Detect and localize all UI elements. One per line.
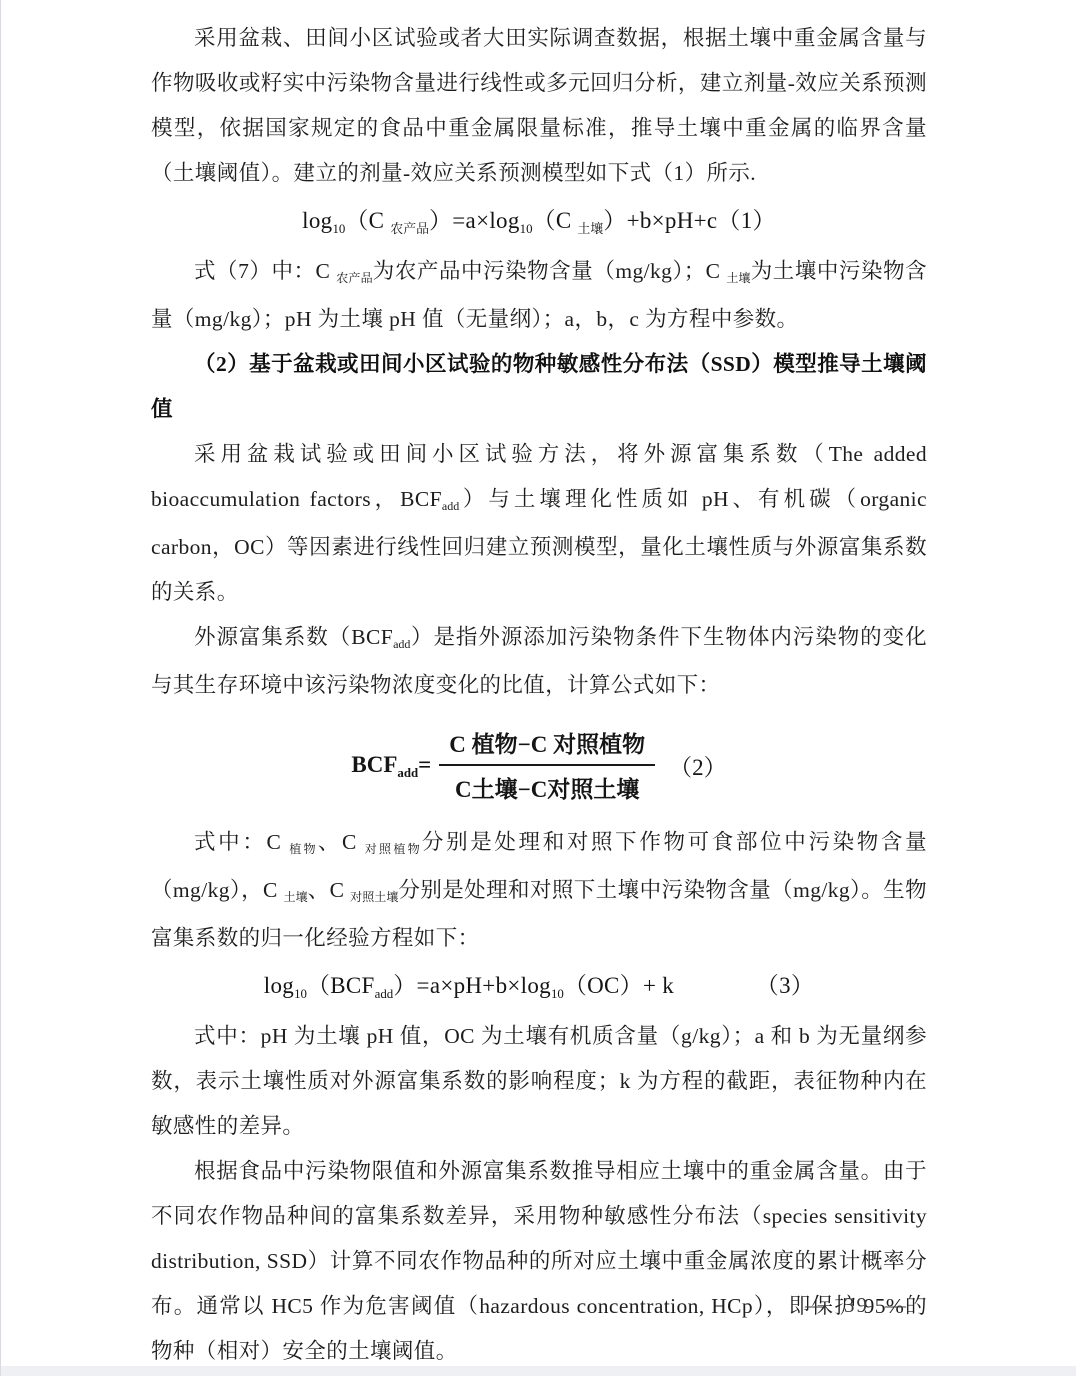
paragraph-bcf-regression: 采用盆栽试验或田间小区试验方法，将外源富集系数（The added bioacc… (151, 432, 927, 615)
document-page: 采用盆栽、田间小区试验或者大田实际调查数据，根据土壤中重金属含量与作物吸收或籽实… (0, 0, 1076, 1376)
formula-2-numerator: C 植物−C 对照植物 (439, 724, 655, 766)
formula-1-dose-effect: log10（C 农产品）=a×log10（C 土壤）+b×pH+c（1） (151, 196, 927, 249)
paragraph-dose-effect-intro: 采用盆栽、田间小区试验或者大田实际调查数据，根据土壤中重金属含量与作物吸收或籽实… (151, 16, 927, 196)
formula-2-number: （2） (669, 749, 727, 782)
paragraph-bcf-definition: 外源富集系数（BCFadd）是指外源添加污染物条件下生物体内污染物的变化与其生存… (151, 615, 927, 708)
paragraph-formula2-terms: 式中：C 植物、C 对照植物分别是处理和对照下作物可食部位中污染物含量（mg/k… (151, 820, 927, 961)
paragraph-formula3-terms: 式中：pH 为土壤 pH 值，OC 为土壤有机质含量（g/kg）；a 和 b 为… (151, 1014, 927, 1149)
footer-dash-right: — (885, 1293, 908, 1318)
formula-3-normalized: log10（BCFadd）=a×pH+b×log10（OC）+ k （3） (151, 961, 927, 1014)
paragraph-hc5-conclusion: 根据食品中污染物限值和外源富集系数推导相应土壤中的重金属含量。由于不同农作物品种… (151, 1149, 927, 1374)
heading-ssd-model: （2）基于盆栽或田间小区试验的物种敏感性分布法（SSD）模型推导土壤阈值 (151, 342, 927, 432)
formula-2-fraction: C 植物−C 对照植物 C土壤−C对照土壤 (439, 724, 655, 806)
paragraph-formula1-terms: 式（7）中：C 农产品为农产品中污染物含量（mg/kg）；C 土壤为土壤中污染物… (151, 249, 927, 342)
page-footer: — 39 — (805, 1293, 908, 1318)
formula-2-denominator: C土壤−C对照土壤 (439, 766, 655, 806)
page-number: 39 (844, 1293, 869, 1318)
formula-2-lhs: BCFadd= (351, 752, 431, 778)
scan-edge-band (1, 1366, 1076, 1376)
footer-dash-left: — (805, 1293, 828, 1318)
formula-2-bcf-add: BCFadd= C 植物−C 对照植物 C土壤−C对照土壤 （2） (151, 724, 927, 806)
document-body: 采用盆栽、田间小区试验或者大田实际调查数据，根据土壤中重金属含量与作物吸收或籽实… (151, 16, 927, 1374)
